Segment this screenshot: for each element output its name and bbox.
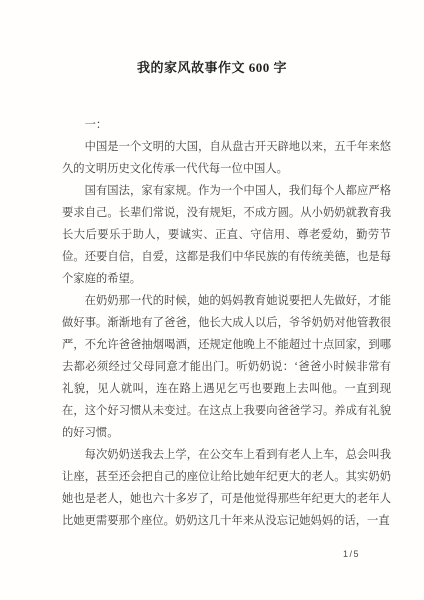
document-body: 一： 中国是一个文明的大国，自从盘古开天辟地以来，五千年来悠久的文明历史文化传承…: [62, 114, 391, 532]
document-page: 我的家风故事作文 600 字 一： 中国是一个文明的大国，自从盘古开天辟地以来，…: [0, 0, 424, 600]
paragraph: 国有国法，家有家规。作为一个中国人，我们每个人都应严格要求自己。长辈们常说，没有…: [62, 180, 391, 290]
document-title: 我的家风故事作文 600 字: [0, 60, 424, 76]
paragraph: 每次奶奶送我去上学，在公交车上看到有老人上车，总会叫我让座，甚至还会把自己的座位…: [62, 444, 391, 532]
page-number: 1/5: [343, 549, 360, 559]
paragraph: 在奶奶那一代的时候，她的妈妈教育她说要把人先做好，才能做好事。渐渐地有了爸爸，他…: [62, 290, 391, 444]
section-label: 一：: [62, 114, 391, 136]
paragraph: 中国是一个文明的大国，自从盘古开天辟地以来，五千年来悠久的文明历史文化传承一代代…: [62, 136, 391, 180]
